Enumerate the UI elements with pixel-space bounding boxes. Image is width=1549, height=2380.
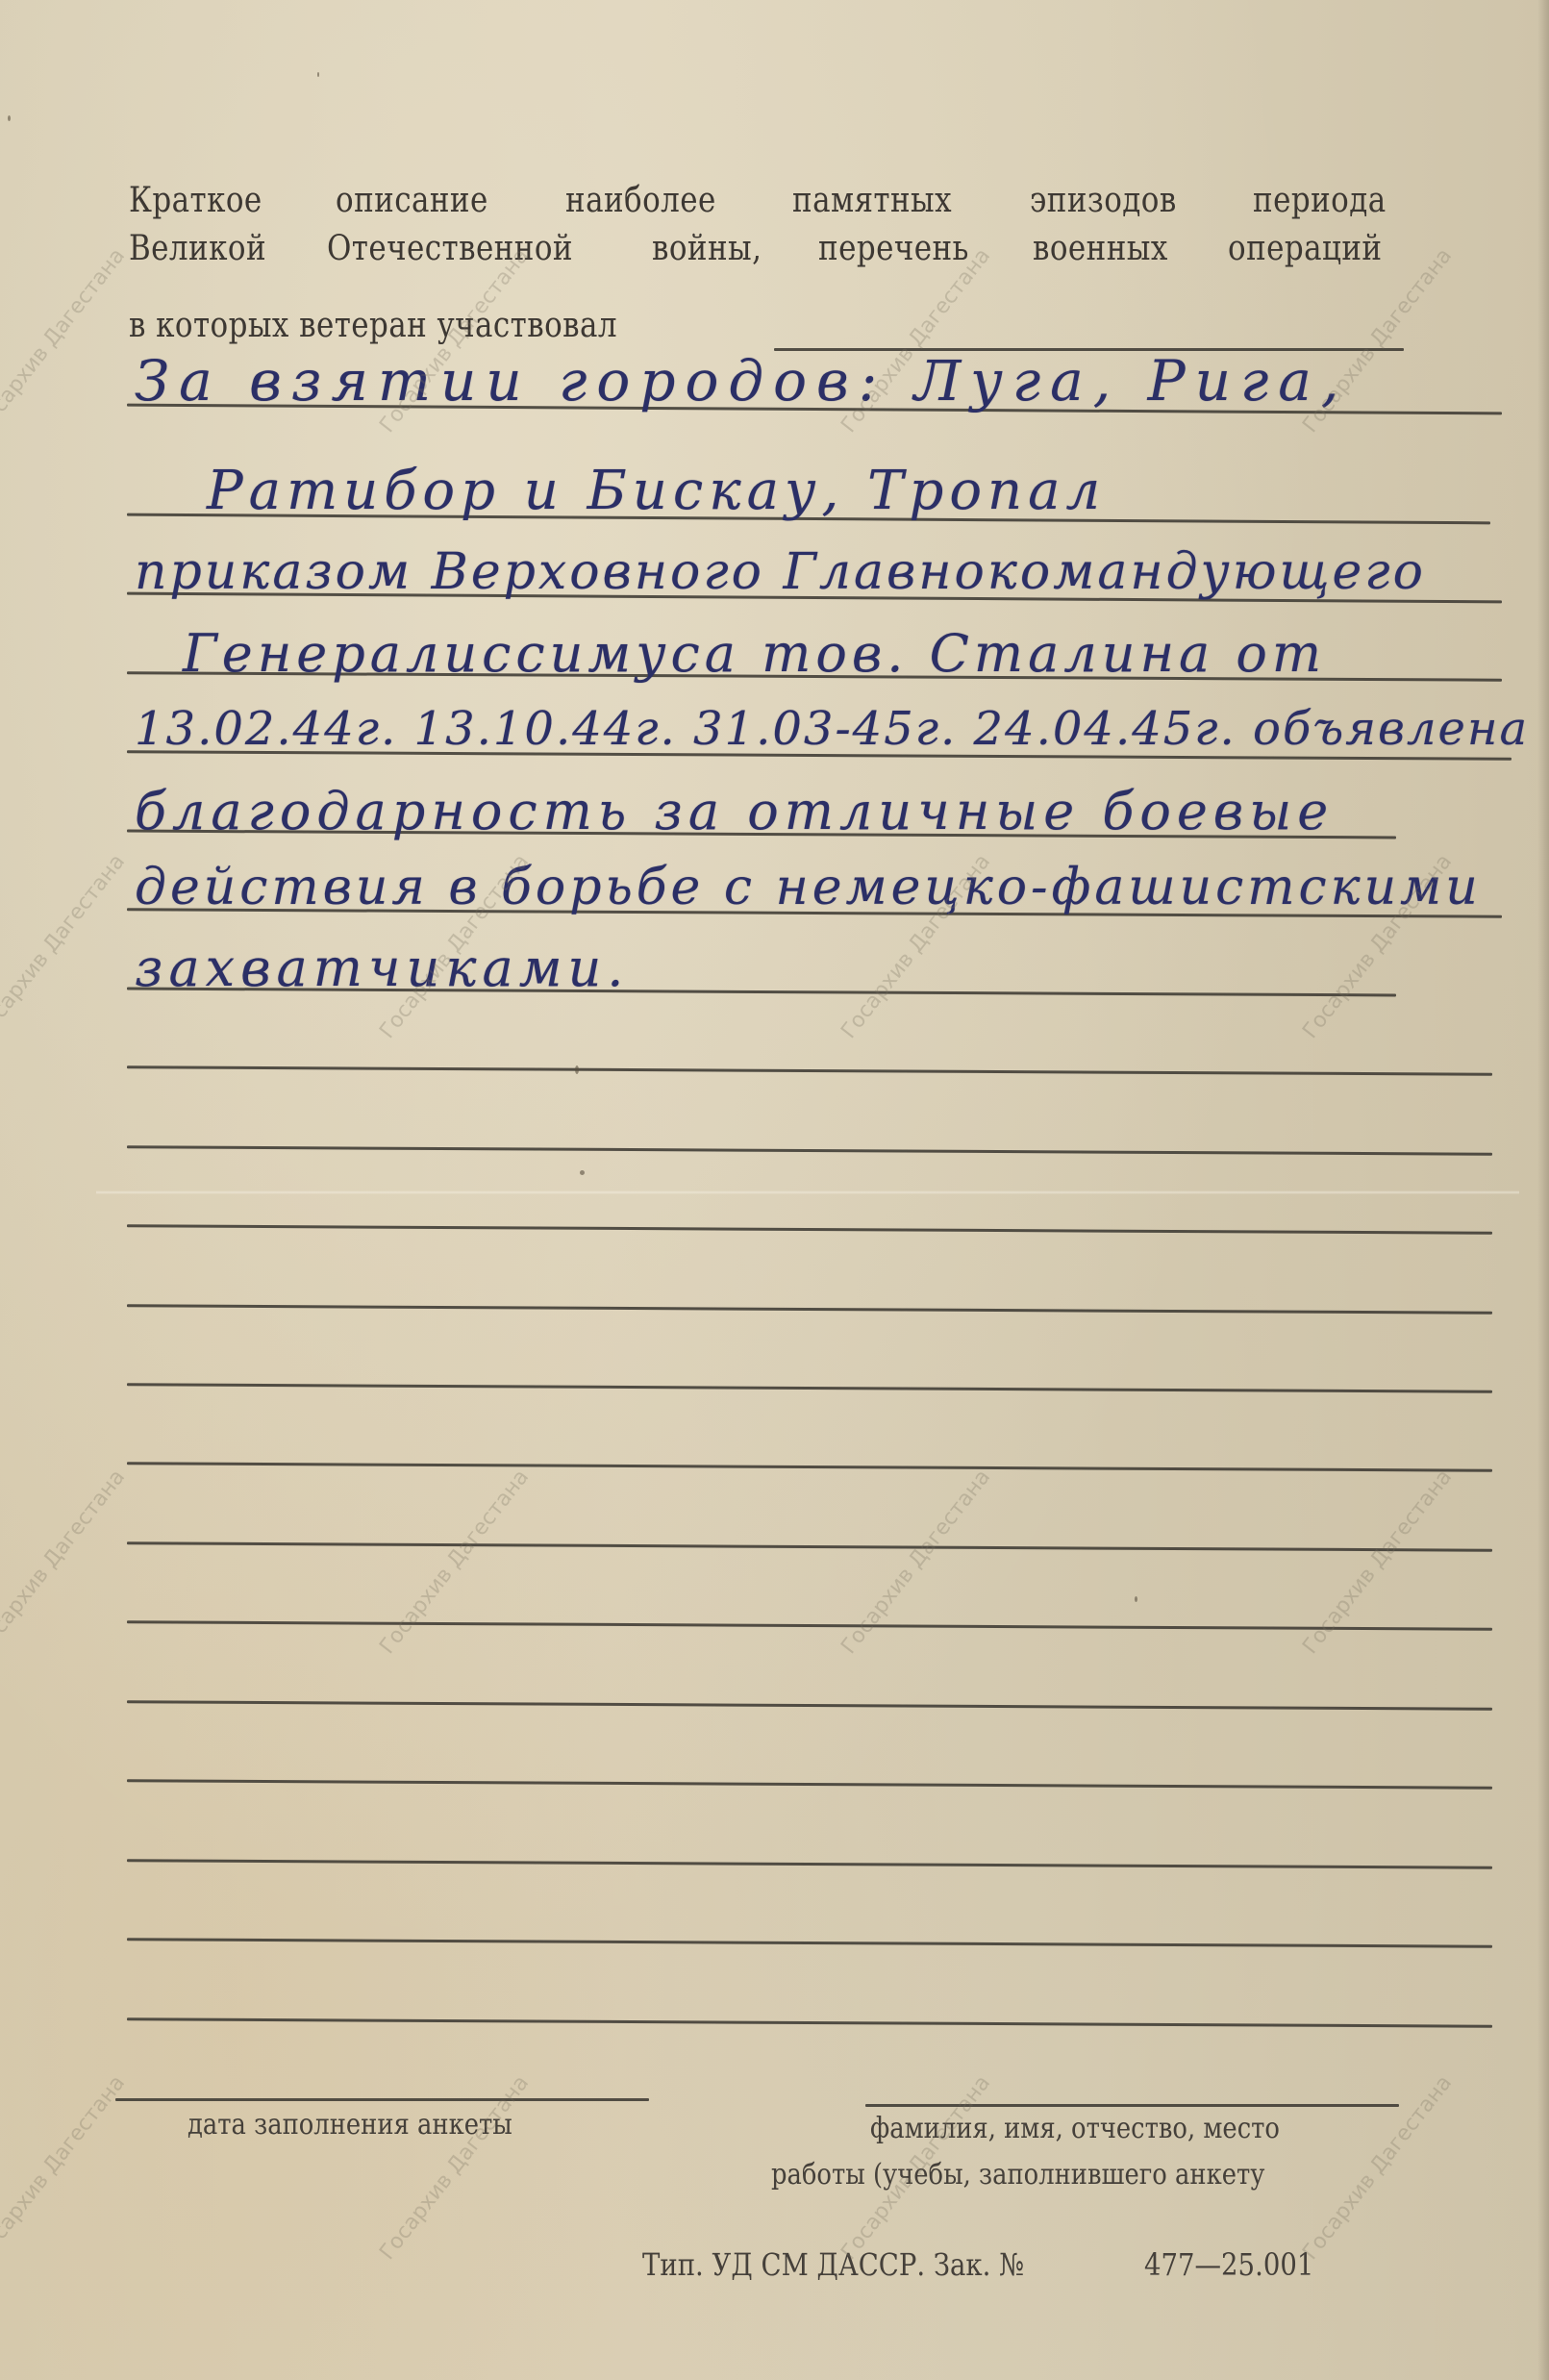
date-fill-line: [115, 2098, 649, 2101]
heading-word: операций: [1228, 229, 1382, 268]
heading-word: военных: [1033, 229, 1168, 268]
ruled-line-18: [127, 1779, 1492, 1789]
handwritten-line-8: захватчиками.: [135, 938, 629, 998]
watermark: Госархив Дагестана: [0, 850, 130, 1043]
paper-speck: [575, 1065, 579, 1074]
heading-line-2: Великой Отечественной войны, перечень во…: [129, 229, 1408, 268]
ruled-line-12: [127, 1304, 1492, 1314]
ruled-line-13: [127, 1383, 1492, 1392]
ruled-line-16: [127, 1620, 1492, 1630]
heading-word: описание: [336, 181, 488, 220]
heading-line-1: Краткое описание наиболее памятных эпизо…: [129, 181, 1408, 220]
heading-word: Великой: [129, 229, 266, 268]
heading-word: Краткое: [129, 181, 262, 220]
heading-word: войны,: [652, 229, 762, 268]
signer-label-line-1: фамилия, имя, отчество, место: [870, 2112, 1280, 2145]
heading-word: периода: [1253, 181, 1387, 220]
ruled-line-10: [127, 1145, 1492, 1155]
printer-info: Тип. УД СМ ДАССР. Зак. №: [642, 2246, 1024, 2283]
heading-word: перечень: [818, 229, 969, 268]
signer-label-line-2: работы (учебы, заполнившего анкету: [771, 2158, 1264, 2192]
page-edge-shadow: [1537, 0, 1549, 2380]
heading-line-3: в которых ветеран участвовал: [129, 306, 617, 345]
printer-imprint: Тип. УД СМ ДАССР. Зак. № 477—25.001: [642, 2246, 1341, 2283]
ruled-line-14: [127, 1462, 1492, 1471]
heading-word: Отечественной: [327, 229, 573, 268]
handwritten-line-1: За взятии городов: Луга, Рига,: [135, 348, 1348, 413]
handwritten-line-6: благодарность за отличные боевые: [135, 781, 1334, 841]
questionnaire-page: Краткое описание наиболее памятных эпизо…: [0, 0, 1549, 2380]
signer-fill-line: [865, 2104, 1399, 2107]
date-label: дата заполнения анкеты: [187, 2108, 512, 2142]
order-number: 477—25.001: [1144, 2246, 1313, 2283]
heading-word: памятных: [792, 181, 952, 220]
watermark: Госархив Дагестана: [375, 1466, 534, 1659]
paper-fold-crease: [96, 1190, 1519, 1194]
paper-speck: [580, 1170, 585, 1175]
handwritten-line-4: Генералиссимуса тов. Сталина от: [183, 623, 1326, 684]
handwritten-line-7: действия в борьбе с немецко-фашистскими: [135, 859, 1482, 916]
ruled-line-17: [127, 1700, 1492, 1710]
handwritten-line-5: 13.02.44г. 13.10.44г. 31.03-45г. 24.04.4…: [135, 702, 1529, 756]
ruled-line-20: [127, 1938, 1492, 1947]
paper-speck: [317, 72, 319, 77]
watermark: Госархив Дагестана: [1298, 2071, 1457, 2265]
paper-speck: [1135, 1596, 1137, 1602]
ruled-line-21: [127, 2017, 1492, 2027]
ruled-line-9: [127, 1065, 1492, 1075]
ruled-line-15: [127, 1541, 1492, 1551]
watermark: Госархив Дагестана: [0, 2071, 130, 2265]
handwritten-line-2: Ратибор и Бискау, Тропал: [207, 460, 1106, 522]
heading-word: эпизодов: [1030, 181, 1177, 220]
handwritten-line-3: приказом Верховного Главнокомандующего: [135, 543, 1426, 601]
ruled-line-19: [127, 1859, 1492, 1868]
ruled-line-11: [127, 1224, 1492, 1234]
heading-word: наиболее: [565, 181, 716, 220]
paper-speck: [8, 115, 11, 121]
watermark: Госархив Дагестана: [0, 244, 130, 438]
watermark: Госархив Дагестана: [837, 1466, 995, 1659]
watermark: Госархив Дагестана: [0, 1466, 130, 1659]
